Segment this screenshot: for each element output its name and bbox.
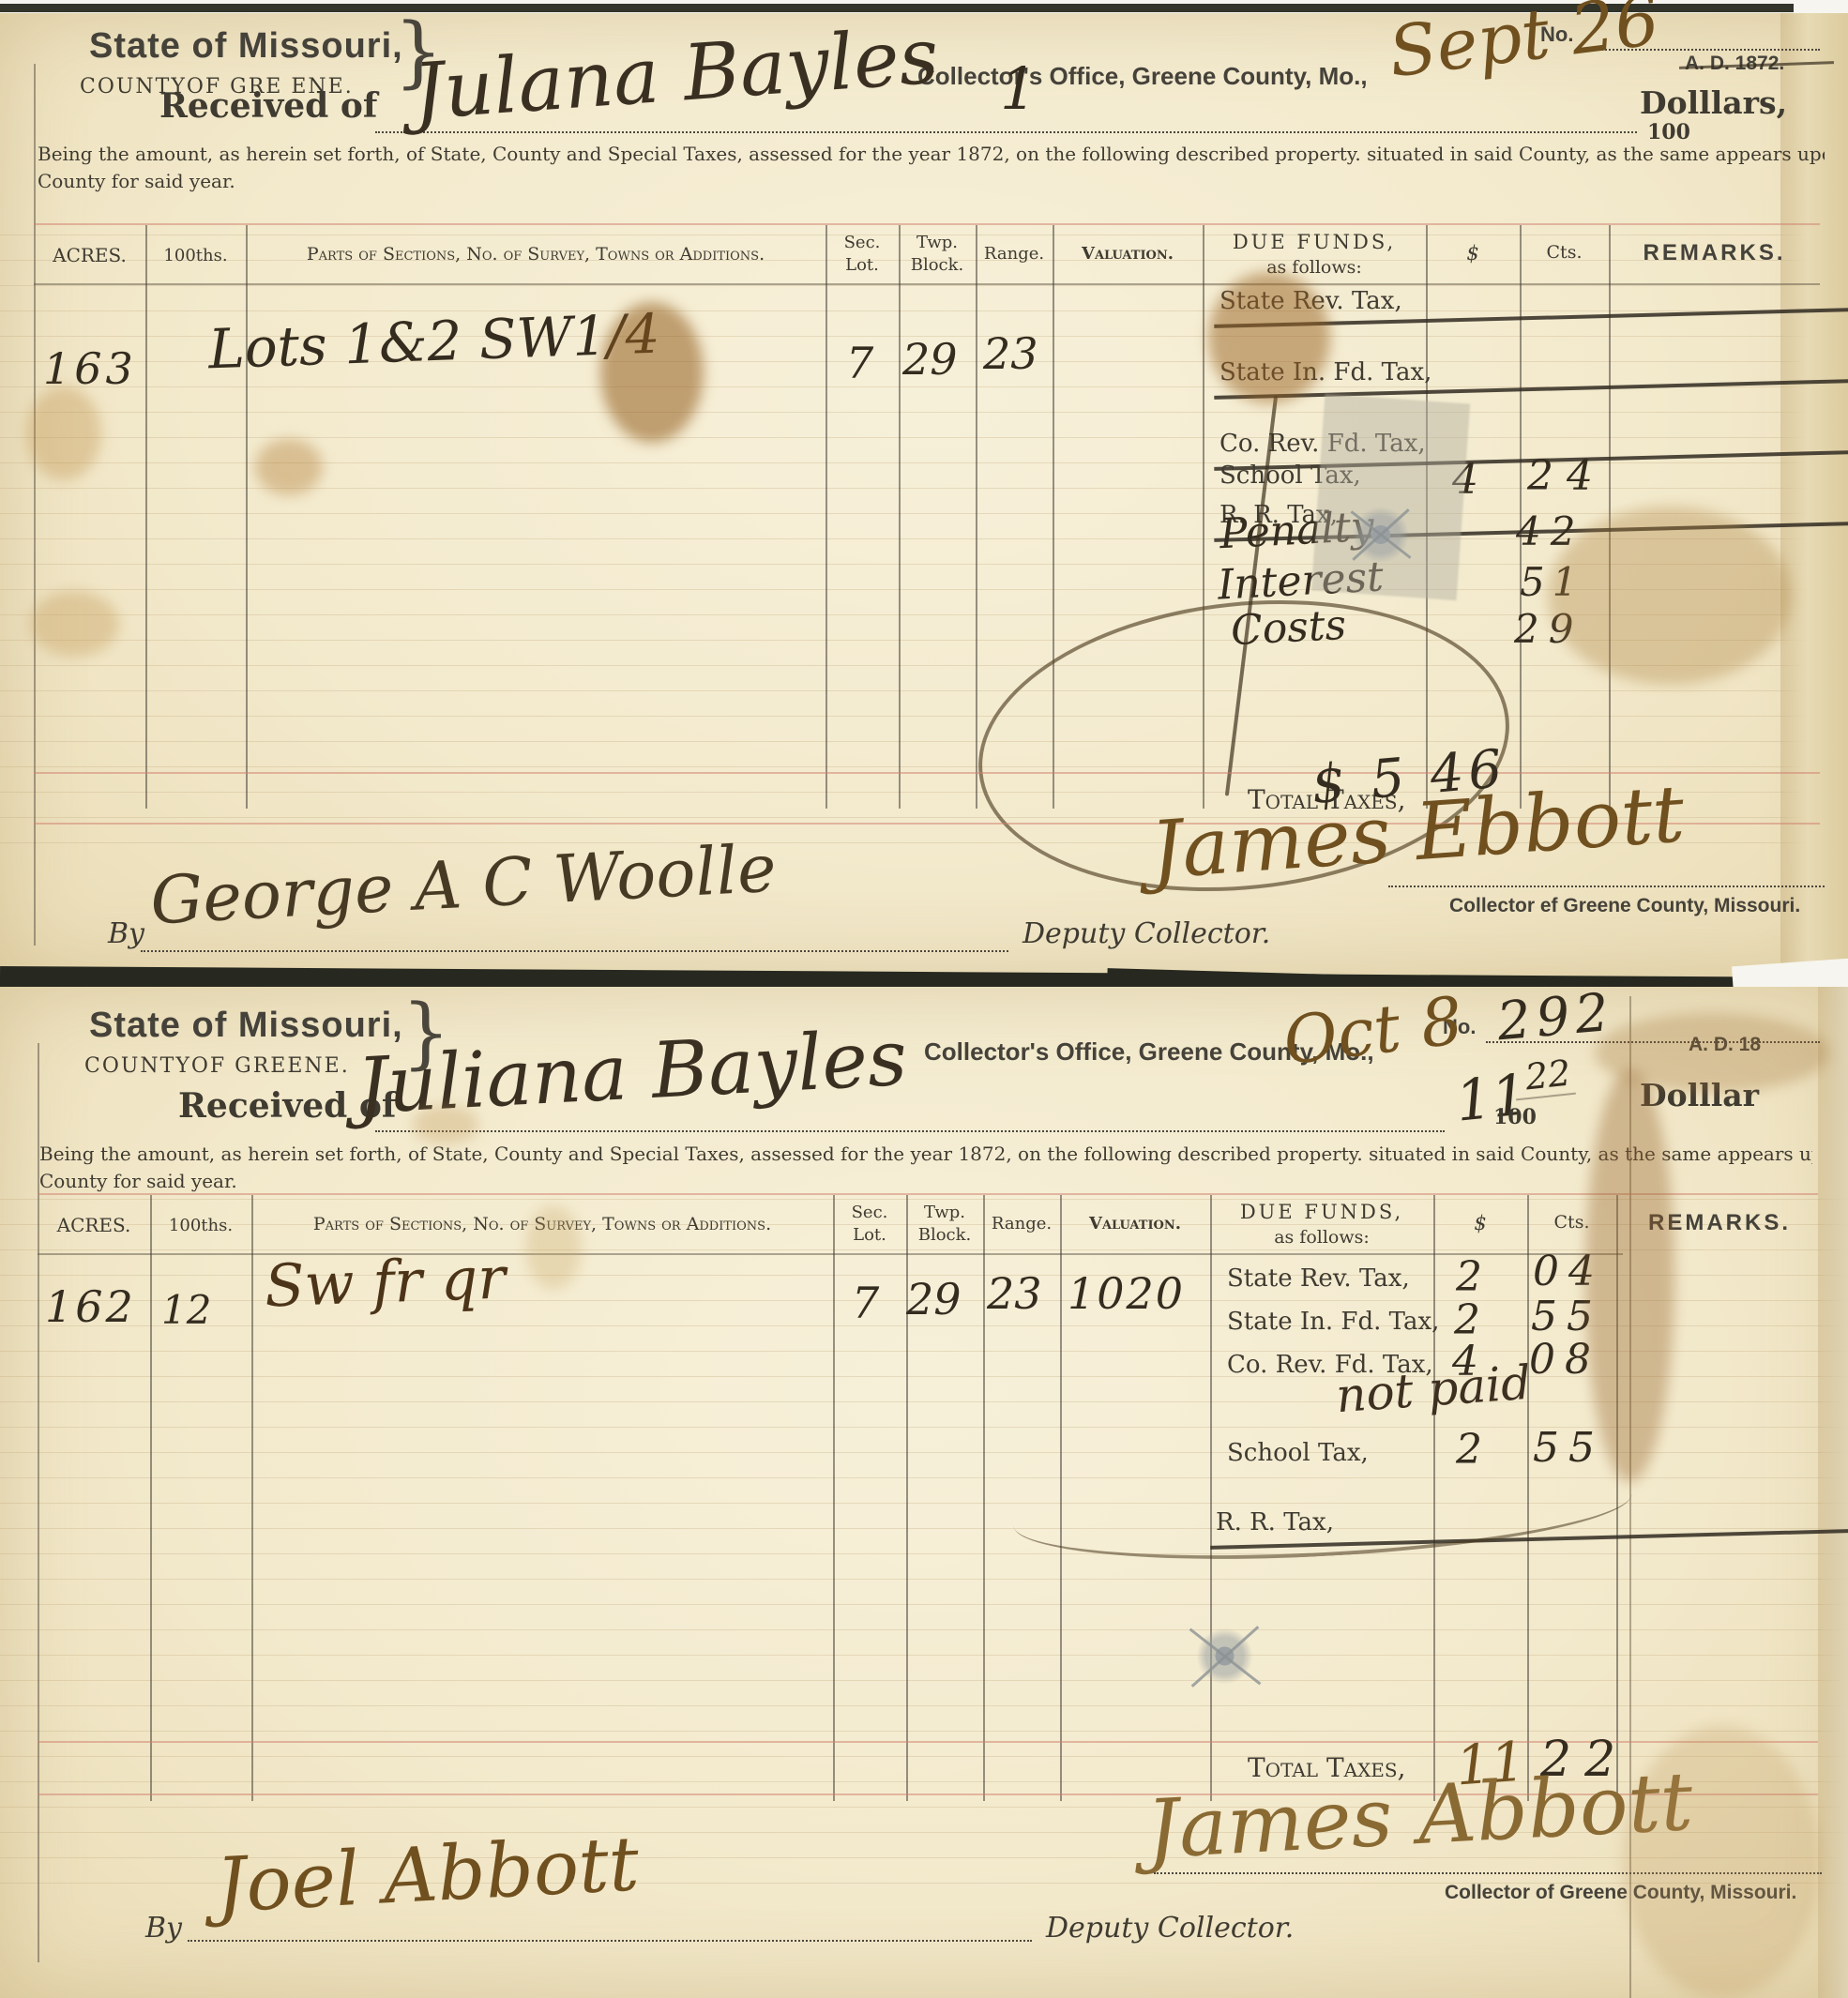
row-range: 23 bbox=[983, 328, 1038, 379]
row-parts: Sw fr qr bbox=[264, 1244, 507, 1321]
header-remarks: REMARKS. bbox=[1609, 240, 1820, 266]
row-acres: 162 bbox=[45, 1281, 136, 1332]
by-label: By bbox=[108, 917, 144, 950]
row-twp: 29 bbox=[906, 1274, 962, 1324]
collector-title-line: Collector ef Greene County, Missouri. bbox=[1449, 895, 1800, 917]
row-valuation: 1020 bbox=[1068, 1268, 1185, 1319]
header-acres: ACRES. bbox=[38, 1214, 150, 1236]
column-rule bbox=[150, 1195, 152, 1801]
stain bbox=[600, 302, 704, 443]
total-top-rule bbox=[34, 772, 1820, 774]
body-line-2: County for said year. bbox=[38, 170, 235, 192]
column-rule bbox=[983, 1195, 985, 1801]
state-title: State of Missouri, bbox=[89, 1006, 403, 1046]
row-100ths: 12 bbox=[161, 1287, 211, 1333]
fund-state-rev: State Rev. Tax, bbox=[1227, 1264, 1410, 1293]
header-valuation: Valuation. bbox=[1060, 1214, 1210, 1234]
column-rule bbox=[826, 225, 827, 809]
header-valuation: Valuation. bbox=[1053, 244, 1203, 264]
header-lot: Lot. bbox=[833, 1225, 906, 1245]
header-acres: ACRES. bbox=[34, 244, 145, 266]
stain bbox=[1208, 272, 1330, 403]
by-label: By bbox=[145, 1912, 182, 1945]
fund-state-in-fd: State In. Fd. Tax, bbox=[1227, 1308, 1439, 1336]
header-block: Block. bbox=[899, 255, 976, 275]
header-dollar-sign: $ bbox=[1426, 242, 1520, 265]
header-as-follows: as follows: bbox=[1210, 1227, 1433, 1248]
column-rule bbox=[899, 225, 901, 809]
stain bbox=[1623, 1726, 1820, 1998]
deputy-signature-rule bbox=[141, 950, 1008, 952]
header-lot: Lot. bbox=[826, 255, 899, 275]
fraction-denominator: 100 bbox=[1493, 1105, 1537, 1129]
stain bbox=[255, 439, 323, 495]
stain bbox=[413, 1105, 478, 1144]
deputy-collector-label: Deputy Collector. bbox=[1022, 917, 1270, 950]
body-line-2: County for said year. bbox=[39, 1170, 237, 1192]
column-rule bbox=[145, 225, 147, 809]
dollars-label: Dolllars, bbox=[1640, 84, 1787, 121]
row-sec: 7 bbox=[846, 338, 873, 388]
paper-hole bbox=[1180, 1612, 1269, 1701]
scanned-tax-receipts: { "doc": { "receipt1": { "state": "State… bbox=[0, 0, 1848, 1998]
header-range: Range. bbox=[976, 244, 1053, 264]
table-top-rule bbox=[38, 1193, 1818, 1195]
header-twp: Twp. bbox=[899, 233, 976, 252]
header-twp: Twp. bbox=[906, 1203, 983, 1222]
paper-hole bbox=[1343, 497, 1418, 572]
state-rev-dollars: 2 bbox=[1456, 1253, 1482, 1301]
header-100ths: 100ths. bbox=[145, 246, 246, 265]
deputy-collector-label: Deputy Collector. bbox=[1046, 1912, 1294, 1945]
payer-rule bbox=[375, 1130, 1445, 1132]
stain bbox=[1595, 1013, 1829, 1093]
header-bottom-rule bbox=[34, 283, 1820, 285]
stain bbox=[1548, 507, 1792, 685]
school-tax-cents: 24 bbox=[1527, 452, 1606, 500]
county-subtitle: COUNTYOF GREENE. bbox=[84, 1054, 350, 1078]
deputy-signature-rule bbox=[188, 1940, 1032, 1942]
torn-right-strip bbox=[1818, 987, 1848, 1998]
table-top-rule bbox=[34, 223, 1820, 225]
header-due-funds: DUE FUNDS, bbox=[1210, 1201, 1433, 1223]
amount-handwritten: 1 bbox=[1000, 54, 1037, 123]
collector-signature-rule bbox=[1388, 885, 1825, 887]
state-title: State of Missouri, bbox=[89, 26, 403, 67]
header-sec: Sec. bbox=[833, 1203, 906, 1222]
payer-rule bbox=[375, 131, 1637, 133]
stain bbox=[525, 1205, 582, 1290]
stain bbox=[1585, 1069, 1674, 1482]
column-rule bbox=[976, 225, 977, 809]
header-block: Block. bbox=[906, 1225, 983, 1245]
column-rule bbox=[251, 1195, 253, 1801]
header-dollar-sign: $ bbox=[1433, 1212, 1527, 1234]
office-line: Collector's Office, Greene County, Mo., bbox=[917, 62, 1368, 91]
header-due-funds: DUE FUNDS, bbox=[1203, 231, 1426, 253]
header-sec: Sec. bbox=[826, 233, 899, 252]
received-of-label: Received of bbox=[159, 86, 377, 126]
stain bbox=[30, 591, 119, 657]
header-cts: Cts. bbox=[1520, 242, 1609, 263]
row-sec: 7 bbox=[852, 1278, 879, 1328]
header-as-follows: as follows: bbox=[1203, 257, 1426, 278]
header-parts: Parts of Sections, No. of Survey, Towns … bbox=[246, 244, 826, 265]
amount-cents-hw: 22 bbox=[1523, 1052, 1573, 1098]
left-margin-rule bbox=[34, 64, 36, 946]
stain bbox=[26, 386, 101, 480]
column-rule bbox=[833, 1195, 835, 1801]
header-range: Range. bbox=[983, 1214, 1060, 1234]
row-twp: 29 bbox=[902, 334, 958, 385]
body-line-1: Being the amount, as herein set forth, o… bbox=[39, 1143, 1812, 1165]
body-line-1: Being the amount, as herein set forth, o… bbox=[38, 143, 1825, 165]
row-range: 23 bbox=[987, 1268, 1042, 1319]
school-tax-cents: 55 bbox=[1533, 1424, 1604, 1472]
header-100ths: 100ths. bbox=[150, 1216, 251, 1235]
column-rule bbox=[246, 225, 248, 809]
fraction-denominator: 100 bbox=[1647, 120, 1690, 144]
